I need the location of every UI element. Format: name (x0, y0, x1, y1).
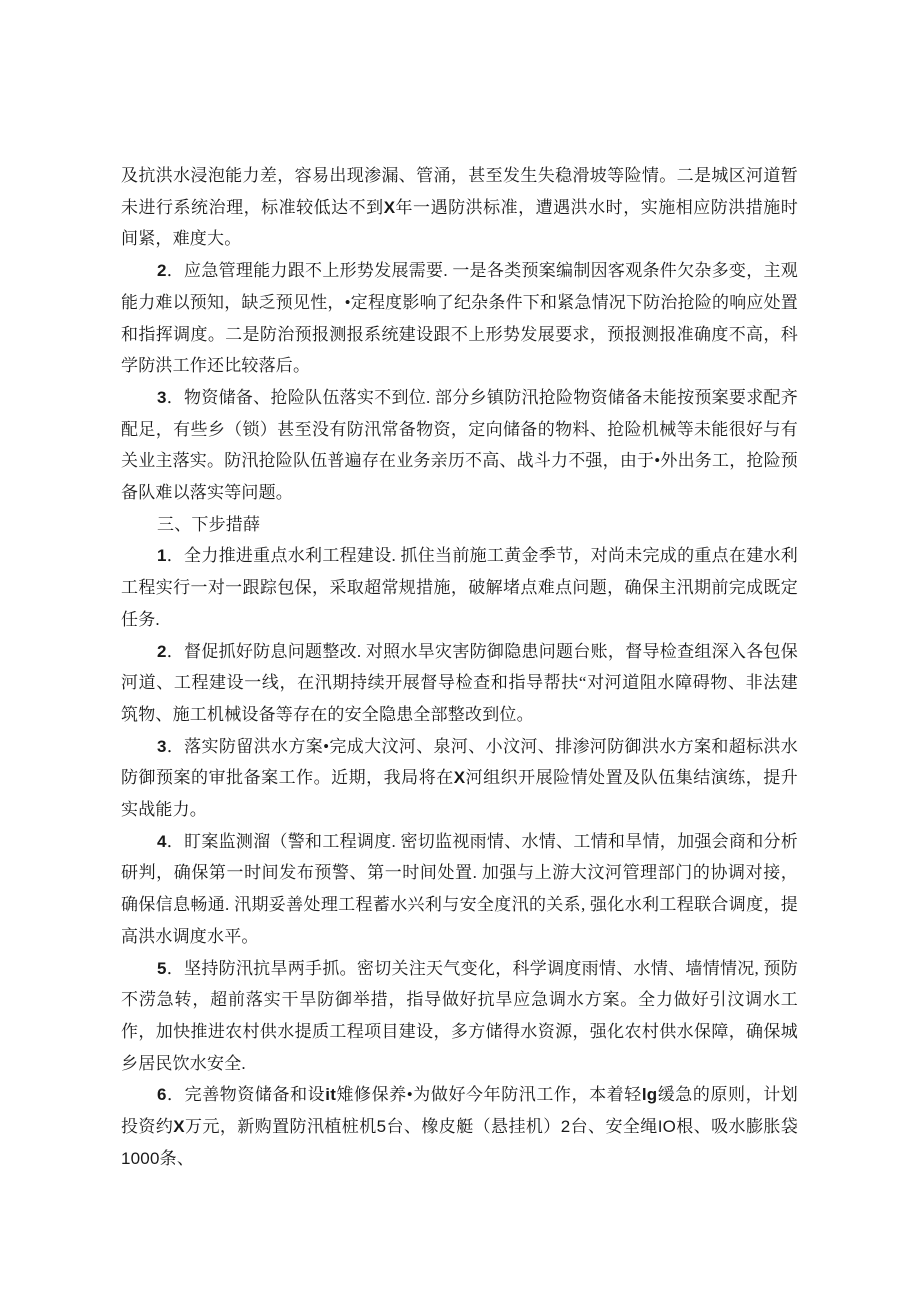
text-run: 条、 (160, 1149, 194, 1168)
latin-run: 2 (561, 1117, 571, 1136)
latin-run: 3 (157, 388, 167, 407)
latin-run: 3 (157, 737, 167, 756)
document-body: 及抗洪水浸泡能力差，容易出现渗漏、管涌，甚至发生失稳滑坡等险情。二是城区河道暂未… (121, 160, 798, 1175)
text-run: 三、下步措薛 (157, 515, 260, 534)
text-run: ．坚持防汛抗旱两手抓。密切关注天气变化，科学调度雨情、水情、墙情情况, 预防不涝… (121, 959, 798, 1073)
section-heading: 三、下步措薛 (121, 509, 798, 541)
latin-run: 2 (157, 642, 167, 661)
document-page: 及抗洪水浸泡能力差，容易出现渗漏、管涌，甚至发生失稳滑坡等险情。二是城区河道暂未… (0, 0, 920, 1301)
latin-run: 1000 (121, 1149, 160, 1168)
text-run: 雉修保养•为做好今年防汛工作，本着轻 (336, 1085, 642, 1104)
latin-run: X (384, 198, 396, 217)
text-run: 根、吸水膨胀袋 (676, 1117, 798, 1136)
latin-run: X (454, 768, 466, 787)
text-run: 万元，新购置防汛植桩机 (185, 1117, 377, 1136)
latin-run: it (325, 1085, 336, 1104)
latin-run: 6 (157, 1085, 167, 1104)
paragraph: 2．督促抓好防息问题整改. 对照水旱灾害防御隐患问题台账，督导检查组深入各包保河… (121, 636, 798, 731)
paragraph: 3．落实防留洪水方案•完成大汶河、泉河、小汶河、排渗河防御洪水方案和超标洪水防御… (121, 731, 798, 826)
latin-run: 4 (157, 832, 167, 851)
paragraph: 5．坚持防汛抗旱两手抓。密切关注天气变化，科学调度雨情、水情、墙情情况, 预防不… (121, 953, 798, 1080)
paragraph: 3．物资储备、抢险队伍落实不到位. 部分乡镇防汛抢险物资储备未能按预案要求配齐配… (121, 382, 798, 509)
latin-run: 1 (157, 546, 167, 565)
paragraph: 及抗洪水浸泡能力差，容易出现渗漏、管涌，甚至发生失稳滑坡等险情。二是城区河道暂未… (121, 160, 798, 255)
paragraph: 2．应急管理能力跟不上形势发展需要. 一是各类预案编制因客观条件欠杂多变，主观能… (121, 255, 798, 382)
text-run: ．督促抓好防息问题整改. 对照水旱灾害防御隐患问题台账，督导检查组深入各包保河道… (121, 642, 798, 724)
paragraph: 1．全力推进重点水利工程建设. 抓住当前施工黄金季节，对尚未完成的重点在建水利工… (121, 540, 798, 635)
text-run: ．应急管理能力跟不上形势发展需要. 一是各类预案编制因客观条件欠杂多变，主观能力… (121, 261, 798, 375)
latin-run: lg (642, 1085, 658, 1104)
paragraph: 4．盯案监测溜（警和工程调度. 密切监视雨情、水情、工情和旱情，加强会商和分析研… (121, 826, 798, 953)
text-run: ．完善物资储备和设 (167, 1085, 326, 1104)
text-run: 台、橡皮艇（悬挂机） (386, 1117, 560, 1136)
latin-run: IO (658, 1117, 676, 1136)
latin-run: 2 (157, 261, 167, 280)
latin-run: 5 (377, 1117, 387, 1136)
text-run: ．物资储备、抢险队伍落实不到位. 部分乡镇防汛抢险物资储备未能按预案要求配齐配足… (121, 388, 798, 502)
latin-run: X (173, 1117, 185, 1136)
text-run: ．盯案监测溜（警和工程调度. 密切监视雨情、水情、工情和旱情，加强会商和分析研判… (121, 832, 798, 946)
paragraph: 6．完善物资储备和设it雉修保养•为做好今年防汛工作，本着轻lg缓急的原则，计划… (121, 1079, 798, 1174)
text-run: ．全力推进重点水利工程建设. 抓住当前施工黄金季节，对尚未完成的重点在建水利工程… (121, 546, 798, 628)
text-run: 台、安全绳 (570, 1117, 657, 1136)
latin-run: 5 (157, 959, 167, 978)
